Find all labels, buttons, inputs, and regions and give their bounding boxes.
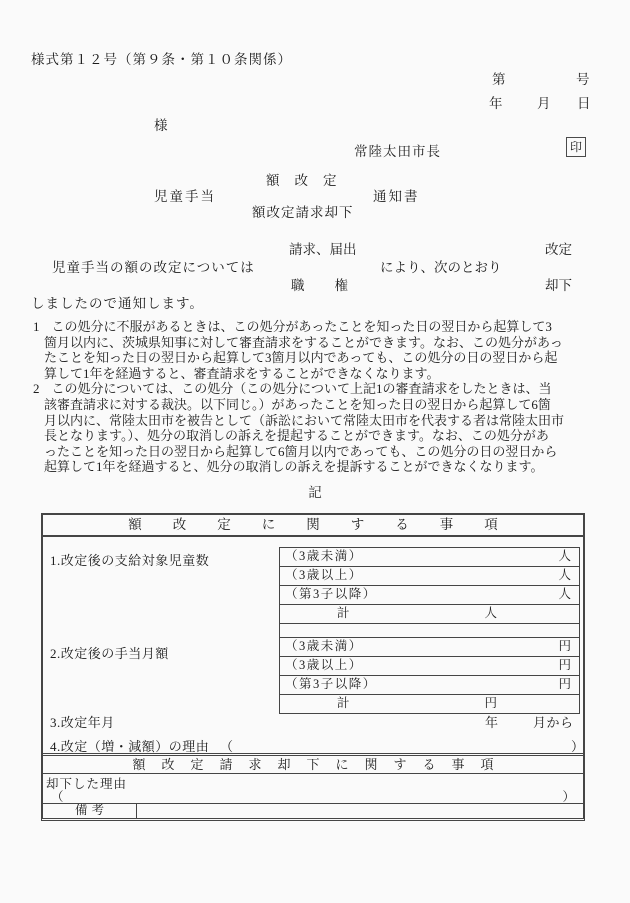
note-1-number: 1 <box>33 319 40 334</box>
amount-row-over3: （3歳以上） 円 <box>280 657 579 676</box>
row-unit: 人 <box>558 567 579 585</box>
row-unit: 円 <box>558 657 579 675</box>
seal-box: 印 <box>566 137 586 157</box>
row-label: （3歳以上） <box>280 657 363 675</box>
doc-number-prefix: 第 <box>492 68 506 88</box>
details-table: 額改定に関する事項 1.改定後の支給対象児童数 2.改定後の手当月額 3.改定年… <box>41 513 585 821</box>
row-label: （3歳未満） <box>280 638 363 656</box>
remarks-value <box>137 804 583 818</box>
closing-sentence: しましたので通知します。 <box>31 292 204 312</box>
item4-paren-close: ） <box>571 736 585 755</box>
amount-row-third: （第3子以降） 円 <box>280 676 579 695</box>
row-label: 計 <box>280 605 351 623</box>
note-1: 1この処分に不服があるときは、この処分があったことを知った日の翌日から起算して3… <box>44 319 589 381</box>
appeal-notes: 1この処分に不服があるときは、この処分があったことを知った日の翌日から起算して3… <box>33 319 589 475</box>
basis-request: 請求、届出 <box>289 238 357 258</box>
section1-header: 額改定に関する事項 <box>43 515 583 537</box>
date-month-label: 月 <box>537 92 551 112</box>
notification-document: 様式第１２号（第９条・第１０条関係） 第 号 年 月 日 様 常陸太田市長 印 … <box>0 0 630 903</box>
addressee-suffix: 様 <box>154 114 168 134</box>
date-day-label: 日 <box>577 92 591 112</box>
note-1-text: この処分に不服があるときは、この処分があったことを知った日の翌日から起算して3 … <box>44 319 563 381</box>
row-unit: 円 <box>484 695 579 713</box>
child-count-row-third: （第3子以降） 人 <box>280 586 579 605</box>
ki-marker: 記 <box>0 481 630 501</box>
lead-sentence: 児童手当の額の改定については <box>52 256 255 276</box>
item3-label: 3.改定年月 <box>50 712 115 731</box>
spacer-row <box>280 624 579 638</box>
form-number: 様式第１２号（第９条・第１０条関係） <box>31 48 292 68</box>
row-label: （第3子以降） <box>280 586 377 604</box>
remarks-label: 備考 <box>43 804 137 818</box>
amount-row-under3: （3歳未満） 円 <box>280 638 579 657</box>
basis-authority: 職権 <box>291 274 378 294</box>
row-label: （3歳未満） <box>280 548 363 566</box>
doc-number-suffix: 号 <box>576 68 590 88</box>
title-suffix: 通知書 <box>373 185 420 205</box>
note-2: 2この処分については、この処分（この処分について上記1の審査請求をしたときは、当… <box>44 381 589 475</box>
row-label: （3歳以上） <box>280 567 363 585</box>
issuer-name: 常陸太田市長 <box>354 140 441 160</box>
title-option-rejection: 額改定請求却下 <box>252 201 354 221</box>
section1-body: 1.改定後の支給対象児童数 2.改定後の手当月額 3.改定年月 年 月から 4.… <box>43 537 583 753</box>
rejection-paren-close: ） <box>562 787 575 805</box>
note-2-text: この処分については、この処分（この処分について上記1の審査請求をしたときは、当 … <box>44 381 564 474</box>
amount-row-total: 計 円 <box>280 695 579 713</box>
row-unit: 人 <box>558 586 579 604</box>
title-prefix: 児童手当 <box>154 185 216 205</box>
child-count-row-total: 計 人 <box>280 605 579 624</box>
note-2-number: 2 <box>33 381 40 396</box>
date-year-label: 年 <box>489 92 503 112</box>
item3-year-label: 年 <box>485 712 499 731</box>
item1-label: 1.改定後の支給対象児童数 <box>50 550 209 569</box>
item2-label: 2.改定後の手当月額 <box>50 643 169 662</box>
result-revised: 改定 <box>545 238 572 258</box>
child-count-row-under3: （3歳未満） 人 <box>280 548 579 567</box>
row-label: 計 <box>280 695 351 713</box>
row-label: （第3子以降） <box>280 676 377 694</box>
section2-header: 額改定請求却下に関する事項 <box>43 753 583 774</box>
item3-month-from-label: 月から <box>533 712 574 731</box>
row-unit: 人 <box>484 605 579 623</box>
lead-middle: により、次のとおり <box>380 256 502 276</box>
rejection-paren-open: （ <box>51 787 64 805</box>
title-option-amount-revision: 額改定 <box>266 169 352 189</box>
item4-paren-open: （ <box>220 736 234 755</box>
item4-label: 4.改定（増・減額）の理由 <box>50 736 209 755</box>
row-unit: 円 <box>558 638 579 656</box>
counts-amounts-box: （3歳未満） 人 （3歳以上） 人 （第3子以降） 人 計 人 （3歳未満） <box>279 547 580 714</box>
result-rejected: 却下 <box>545 274 572 294</box>
rejection-reason-cell: 却下した理由 （ ） <box>43 774 583 804</box>
remarks-row: 備考 <box>43 804 583 818</box>
row-unit: 円 <box>558 676 579 694</box>
child-count-row-over3: （3歳以上） 人 <box>280 567 579 586</box>
row-unit: 人 <box>558 548 579 566</box>
